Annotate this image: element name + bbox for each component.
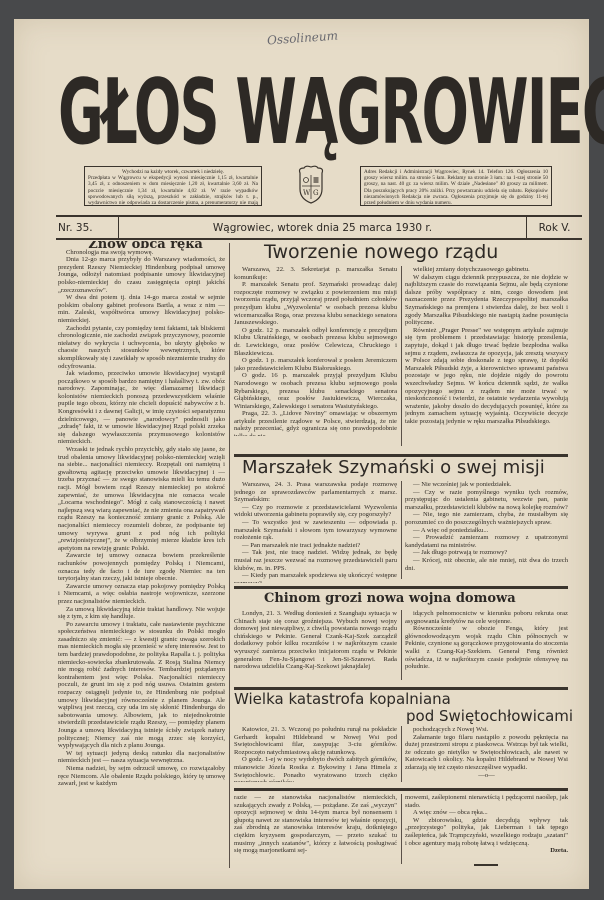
paragraph: W dalszym ciągu dziennik przypuszcza, że… <box>405 274 568 327</box>
paragraph: — Czy w razie pomyślnego wyniku tych roz… <box>405 489 568 512</box>
article-obca-reka-continuation-col2: razie — ze stanowiska nacjonalistów niem… <box>234 794 397 866</box>
paragraph: — Pan marszałek nie traci jednakże nadzi… <box>234 542 397 550</box>
column-divider <box>401 726 402 782</box>
article-chinom-col1: Londyn, 21. 3. Według doniesień z Szangh… <box>234 610 397 682</box>
article-obca-reka: Znów obca ręka Chronologja ma swoją wymo… <box>58 241 225 861</box>
paragraph: idących pełnomocnictw w kierunku poboru … <box>405 610 568 625</box>
paragraph: A więc znów — obca ręka... <box>405 809 568 817</box>
paragraph: O godz. 1-ej w nocy wydobyto dwóch zabit… <box>234 756 397 782</box>
author-signature: Dzeta. <box>405 847 568 855</box>
article-title-tworzenie: Tworzenie nowego rządu <box>264 241 498 263</box>
issue-number: Nr. 35. <box>56 217 119 238</box>
article-title-katastrofa-line1: Wielka katastrofa kopalniana <box>234 690 451 708</box>
paragraph: — A więc od poniedziałku... <box>405 527 568 535</box>
article-tworzenie-col1: Warszawa, 22. 3. Sekretarjat p. marszałk… <box>234 266 397 436</box>
article-katastrofa-col1: Katowice, 21. 3. Wczoraj po południu run… <box>234 726 397 782</box>
paragraph: — Nie, tego nie zamierzam, chyba, że mus… <box>405 511 568 526</box>
column-divider <box>401 481 402 579</box>
article-szymanski-col2: — Nie wcześniej jak w poniedziałek. — Cz… <box>405 481 568 581</box>
paragraph: Praga, 22. 3. „Lidove Noviny" omawiając … <box>234 410 397 436</box>
paragraph: Równocześnie w obozie Fenga, który jest … <box>405 625 568 671</box>
coat-of-arms-icon: W G <box>296 165 326 205</box>
dateline-bar: Nr. 35. Wągrowiec, wtorek dnia 25 marca … <box>56 215 582 240</box>
paragraph: Warszawa, 24. 3. Prasa warszawska podaje… <box>234 481 397 504</box>
article-title-katastrofa-line2: pod Swiętochłowicami <box>406 707 573 725</box>
paragraph: — Czy po rozmowie z przedstawicielami Wy… <box>234 504 397 519</box>
paragraph: — Krócej, niż obecnie, ale nie mniej, ni… <box>405 557 568 572</box>
paragraph: Jak wiadomo, przeciwko umowie likwidacyj… <box>58 370 225 446</box>
paragraph: O godz. 12 p. marszałek odbył konferencj… <box>234 327 397 357</box>
editorial-info-text: Adres Redakcji i Administracji Wągrowiec… <box>364 169 548 206</box>
publication-year: Rok V. <box>526 217 582 238</box>
paragraph: Dnia 12-go marca przybyły do Warszawy wi… <box>58 256 225 294</box>
paragraph: Zachodzi pytanie, czy pomiędzy temi fakt… <box>58 325 225 371</box>
handwritten-note: Ossolineum <box>267 29 339 48</box>
paragraph: — To wszystko jest w zawieszeniu — odpow… <box>234 519 397 542</box>
column-divider <box>401 794 402 864</box>
issue-date: Wągrowiec, wtorek dnia 25 marca 1930 r. <box>119 222 526 234</box>
column-divider <box>401 610 402 680</box>
column-divider <box>401 266 402 446</box>
paragraph: — Nie wcześniej jak w poniedziałek. <box>405 481 568 489</box>
newspaper-page: Ossolineum GŁOS WĄGROWIECKI Wychodzi na … <box>14 19 589 889</box>
paragraph: Za umową likwidacyjną idzie traktat hand… <box>58 606 225 621</box>
paragraph: Również „Prager Presse" we wstępnym arty… <box>405 327 568 426</box>
paragraph: O godz. 16 p. marszałek przyjął prezydju… <box>234 372 397 410</box>
svg-text:W: W <box>303 189 311 197</box>
paragraph: Zawarcie tej umowy oznacza bowiem przekr… <box>58 552 225 582</box>
subscription-info-box: Wychodzi na każdy wtorek, czwartek i nie… <box>84 166 262 206</box>
paragraph: — Jak długo potrwają te rozmowy? <box>405 549 568 557</box>
masthead-title: GŁOS WĄGROWIECKI <box>58 64 566 162</box>
separator: —o— <box>405 772 568 780</box>
article-szymanski-col1: Warszawa, 24. 3. Prasa warszawska podaje… <box>234 481 397 583</box>
paragraph: — Prowadzić zamierzam rozmowy z upatrzon… <box>405 534 568 549</box>
section-rule <box>234 788 568 791</box>
article-katastrofa-col2: pochodzących z Nowej Wsi. Załamanie tego… <box>405 726 568 784</box>
article-obca-reka-continuation-col3: mowemi, zaślepionemi nienawiścią i pędzą… <box>405 794 568 874</box>
editorial-info-box: Adres Redakcji i Administracji Wągrowiec… <box>360 166 552 206</box>
svg-text:G: G <box>313 189 319 197</box>
paragraph: — Kiedy pan marszałek spodziewa się ukoń… <box>234 572 397 583</box>
paragraph: P. marszałek Senatu prof. Szymański prow… <box>234 281 397 327</box>
paragraph: razie — ze stanowiska nacjonalistów niem… <box>234 794 397 855</box>
article-title-chinom: Chinom grozi nowa wojna domowa <box>264 591 516 606</box>
end-rule <box>474 864 498 866</box>
paragraph: W tej sytuacji jedyną deską ratunku dla … <box>58 750 225 765</box>
paragraph: Po zawarciu umowy i traktatu, całe nasta… <box>58 621 225 750</box>
section-rule <box>234 586 568 589</box>
article-tworzenie-col2: wielkiej zmiany dotychczasowego gabinetu… <box>405 266 568 446</box>
paragraph: mowemi, zaślepionemi nienawiścią i pędzą… <box>405 794 568 809</box>
paragraph: W dwa dni potem tj. dnia 14-go marca zos… <box>58 294 225 324</box>
subscription-info-text: Przedpłata w Wągrowcu w ekspedycji wynos… <box>88 175 258 206</box>
paragraph: Wrzaski te jednak rychło przycichły, gdy… <box>58 446 225 552</box>
paragraph: Zawarcie umowy oznacza etap pokojowy pom… <box>58 583 225 606</box>
paragraph: W zbiorowisku, gdzie decydują wpływy tak… <box>405 817 568 847</box>
paragraph: wielkiej zmiany dotychczasowego gabinetu… <box>405 266 568 274</box>
paragraph: Londyn, 21. 3. Według doniesień z Szangh… <box>234 610 397 671</box>
paragraph: — Tak jest, nie tracę nadziei. Widzę jed… <box>234 549 397 572</box>
paragraph: Katowice, 21. 3. Wczoraj po południu run… <box>234 726 397 756</box>
paragraph: pochodzących z Nowej Wsi. <box>405 726 568 734</box>
article-chinom-col2: idących pełnomocnictw w kierunku poboru … <box>405 610 568 682</box>
article-title: Znów obca ręka <box>58 241 225 249</box>
paragraph: Warszawa, 22. 3. Sekretarjat p. marszałk… <box>234 266 397 281</box>
paragraph: Załamanie tego filaru nastąpiło z powodu… <box>405 734 568 772</box>
paragraph: Niema nadziei, by sejm odrzucił umowę, c… <box>58 765 225 788</box>
column-divider <box>229 243 230 868</box>
article-title-szymanski: Marszałek Szymański o swej misji <box>242 457 545 478</box>
paragraph: O godz. 1 p. marszałek konferował z posł… <box>234 357 397 372</box>
